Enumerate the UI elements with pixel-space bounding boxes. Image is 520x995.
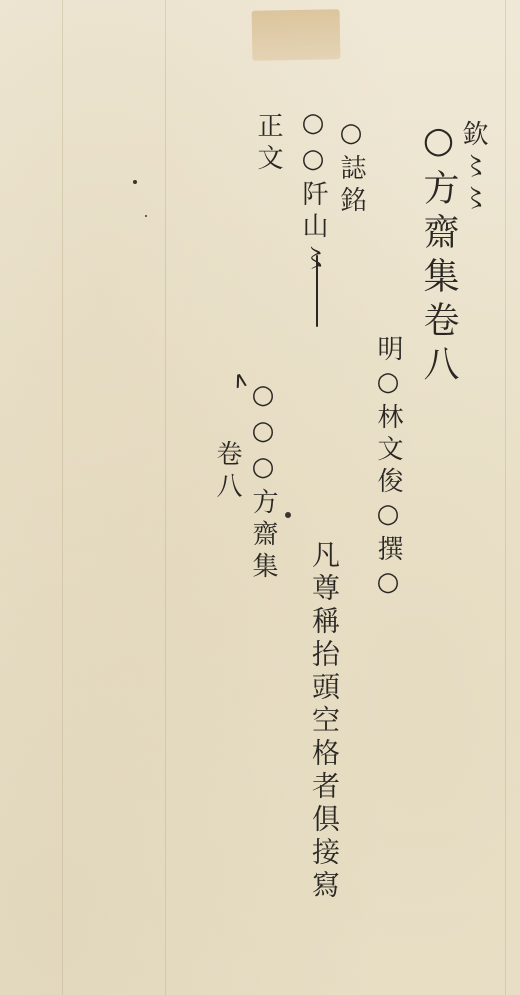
section-tomb: ○○阡山〻 (300, 108, 326, 276)
tape-patch (252, 9, 341, 61)
editorial-note: 凡尊稱抬頭空格者俱接寫 (310, 540, 338, 903)
paper-fold-line (165, 0, 166, 995)
paper-fold-line (505, 0, 506, 995)
ink-speck (285, 512, 291, 518)
marginal-title: ○○○方齋集 (250, 380, 276, 584)
section-epitaph: ○誌銘 (338, 118, 364, 218)
continuation-stroke (316, 255, 318, 327)
author-line: 明○林文俊○撰○ (375, 335, 401, 603)
marginal-volume: 卷八 (214, 440, 240, 504)
paper-fold-line (62, 0, 63, 995)
imperial-heading: 欽〻〻 (460, 120, 486, 216)
ink-speck (145, 215, 147, 217)
main-text-label: 正文 (255, 112, 281, 176)
book-title: ○方齋集卷八 (420, 120, 456, 389)
ink-speck (133, 180, 137, 184)
